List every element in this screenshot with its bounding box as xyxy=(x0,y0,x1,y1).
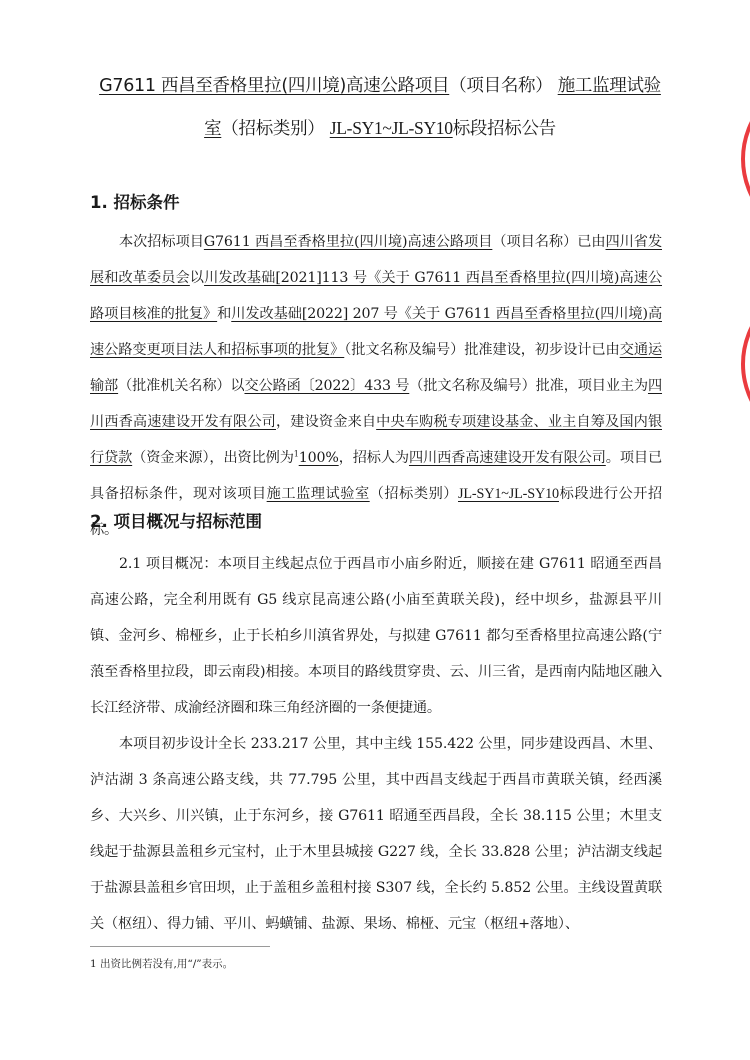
text: （招标类别） xyxy=(370,486,458,502)
tender-category-ref: 施工监理试验室 xyxy=(267,486,370,502)
title-label-2: （招标类别） xyxy=(221,119,324,139)
text: 和 xyxy=(217,306,231,322)
project-name-ref: G7611 西昌至香格里拉(四川境)高速公路项目 xyxy=(204,234,492,250)
text: （批文名称及编号）批准建设，初步设计已由 xyxy=(344,342,619,358)
section-codes-ref: JL-SY1~JL-SY10 xyxy=(458,486,559,502)
title-label: （项目名称） xyxy=(449,76,552,96)
seal-stamp-icon xyxy=(741,75,750,243)
document-page: G7611 西昌至香格里拉(四川境)高速公路项目（项目名称） 施工监理试验 室（… xyxy=(0,0,750,1060)
title-line-1: G7611 西昌至香格里拉(四川境)高速公路项目（项目名称） 施工监理试验 xyxy=(80,72,680,97)
section-heading-2: 2. 项目概况与招标范围 xyxy=(90,508,262,532)
text: （项目名称）已由 xyxy=(492,234,605,250)
project-name: G7611 西昌至香格里拉(四川境)高速公路项目 xyxy=(99,76,449,96)
text: （批准机关名称）以 xyxy=(118,378,244,394)
text: ，建设资金来自 xyxy=(276,414,376,430)
paragraph-tender-conditions: 本次招标项目G7611 西昌至香格里拉(四川境)高速公路项目（项目名称）已由四川… xyxy=(90,224,662,548)
text: （批文名称及编号）批准，项目业主为 xyxy=(409,378,648,394)
section-codes: JL-SY1~JL-SY10 xyxy=(330,118,453,138)
tenderer: 四川西香高速建设开发有限公司 xyxy=(409,450,606,466)
title-line-2: 室（招标类别） JL-SY1~JL-SY10标段招标公告 xyxy=(80,115,680,140)
tender-category-cont: 室 xyxy=(204,119,221,139)
text: 以 xyxy=(190,270,204,286)
tender-category: 施工监理试验 xyxy=(558,76,661,96)
footnote-divider xyxy=(90,946,270,947)
paragraph-project-overview: 2.1 项目概况：本项目主线起点位于西昌市小庙乡附近，顺接在建 G7611 昭通… xyxy=(90,546,662,726)
text: 本次招标项目 xyxy=(119,234,204,250)
footnote: 1 出资比例若没有,用“/”表示。 xyxy=(90,956,233,971)
seal-stamp-icon xyxy=(741,280,750,448)
section-heading-1: 1. 招标条件 xyxy=(90,189,180,213)
text: ，招标人为 xyxy=(339,450,409,466)
design-approval-doc: 交公路函〔2022〕433 号 xyxy=(244,378,409,394)
title-suffix: 标段招标公告 xyxy=(453,119,556,139)
funding-ratio: 100% xyxy=(299,450,339,466)
paragraph-project-length: 本项目初步设计全长 233.217 公里，其中主线 155.422 公里，同步建… xyxy=(90,726,662,942)
text: （资金来源），出资比例为 xyxy=(132,450,294,466)
